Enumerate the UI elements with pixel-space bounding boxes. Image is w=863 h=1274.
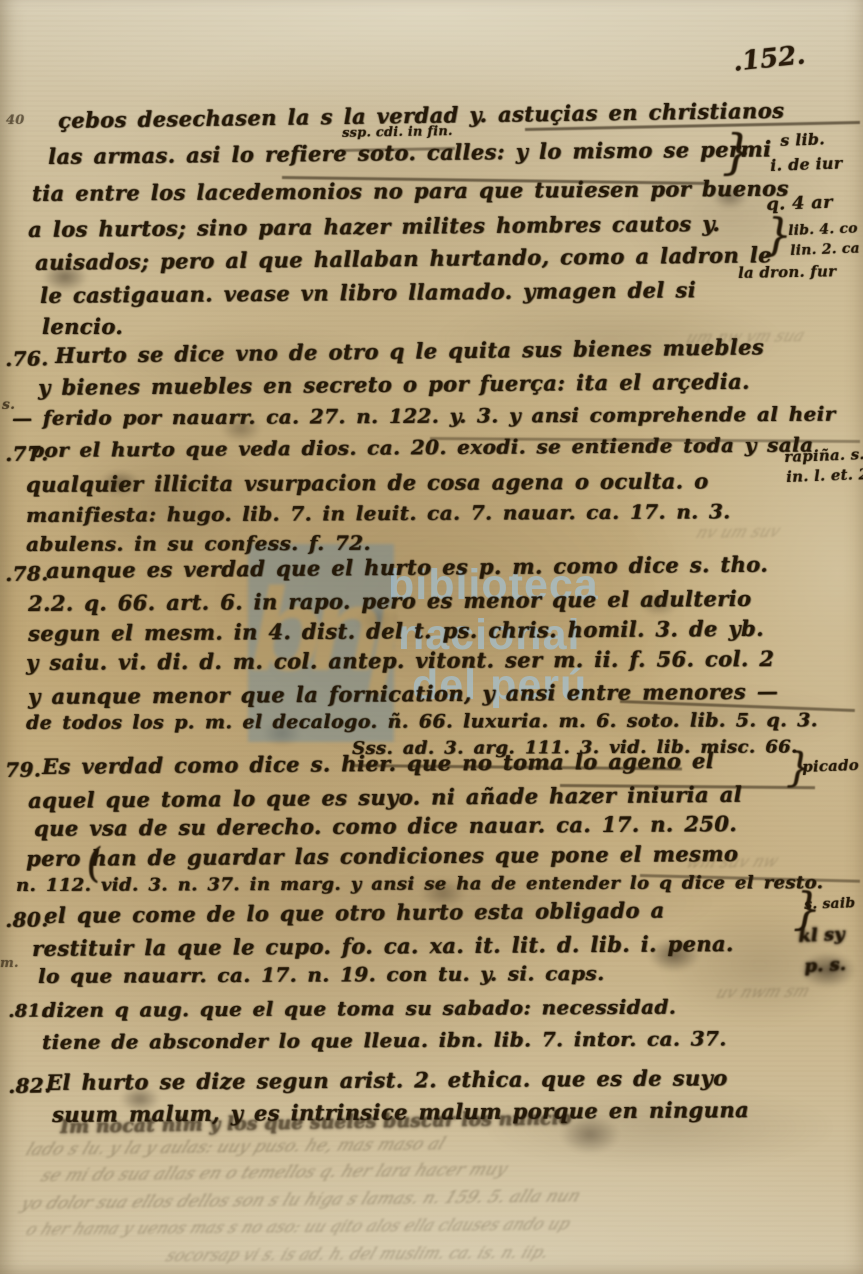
- bleedthrough-line: nv um suv: [694, 524, 783, 542]
- marginal-note: i. de iur: [770, 155, 843, 174]
- handwriting-line: abulens. in su confess. f. 72.: [26, 533, 371, 554]
- bleedthrough-line: lado s lu. y la y aulas: uuy puso. he, m…: [23, 1136, 447, 1159]
- bleedthrough-line: uv nwm sm: [714, 983, 812, 1001]
- handwriting-line: pero han de guardar las condiciones que …: [26, 843, 738, 869]
- handwriting-line: lencio.: [42, 316, 123, 337]
- handwriting-line: 2.2. q. 66. art. 6. in rapo. pero es men…: [28, 588, 752, 614]
- marginal-note: ssp. cdi. in fin.: [342, 125, 453, 140]
- margin-number: .76.: [5, 348, 49, 369]
- handwriting-line: dizen q aug. que el que toma su sabado: …: [42, 997, 676, 1020]
- marginal-note: m.: [0, 957, 19, 970]
- handwriting-line: y saiu. vi. di. d. m. col. antep. vitont…: [26, 648, 774, 673]
- handwriting-line: qualquier illicita vsurpacion de cosa ag…: [26, 470, 709, 495]
- handwriting-line: Es verdad como dice s. hier. que no toma…: [42, 750, 714, 777]
- handwriting-line: y aunque menor que la fornication, y ans…: [28, 681, 778, 707]
- handwriting-line: de todos los p. m. el decalogo. ñ. 66. l…: [26, 711, 818, 733]
- handwriting-line: tia entre los lacedemonios no para que t…: [32, 178, 789, 204]
- handwriting-line: tiene de absconder lo que lleua. ibn. li…: [42, 1028, 727, 1052]
- marginal-note: in. l. et. 2: [786, 467, 863, 485]
- handwriting-line: le castigauan. vease vn libro llamado. y…: [40, 279, 696, 306]
- handwriting-line: aquel que toma lo que es suyo. ni añade …: [28, 784, 742, 811]
- handwriting-line: restituir la que le cupo. fo. ca. xa. it…: [32, 933, 734, 959]
- marginal-note: rapiña. s.: [784, 447, 863, 465]
- handwriting-line: — ferido por nauarr. ca. 27. n. 122. y. …: [12, 404, 836, 428]
- ink-scribble: p. s.: [804, 956, 846, 976]
- handwriting-line: que vsa de su derecho. como dice nauar. …: [34, 813, 737, 839]
- bleedthrough-line: socorsap vi s. is ad. h. del muslim. ca.…: [164, 1245, 551, 1264]
- ink-scribble: kl sy: [798, 926, 845, 946]
- margin-number: .80.: [5, 909, 49, 930]
- marginal-note: s.: [2, 398, 15, 412]
- margin-number: 79.: [5, 759, 41, 780]
- marginal-note: 40: [6, 114, 25, 127]
- handwriting-line: manifiesta: hugo. lib. 7. in leuit. ca. …: [26, 501, 731, 525]
- bleedthrough-line: se mi do sua allas en o temellos q. her …: [38, 1162, 509, 1186]
- handwriting-line: el que come de lo que otro hurto esta ob…: [44, 900, 665, 926]
- bleedthrough-line: um nw vm sua: [684, 328, 807, 346]
- brace-mark: }: [722, 128, 753, 176]
- manuscript-page: bnp biblioteca nacional del perú .152. 4…: [0, 0, 863, 1274]
- handwriting-line: aunque es verdad que el hurto es p. m. c…: [46, 554, 768, 581]
- handwriting-line: segun el mesm. in 4. dist. del t. ps. ch…: [28, 618, 764, 644]
- handwriting-line: El hurto se dize segun arist. 2. ethica.…: [46, 1067, 728, 1093]
- bleedthrough-line: yo dolor sua ellos dellos son s lu higa …: [18, 1188, 582, 1213]
- marginal-note: s lib.: [780, 131, 825, 149]
- handwriting-line: y bienes muebles en secreto o por fuerça…: [38, 371, 750, 398]
- handwriting-line: a los hurtos; sino para hazer milites ho…: [28, 213, 720, 240]
- handwriting-line: n. 112. vid. 3. n. 37. in marg. y ansi s…: [16, 874, 823, 895]
- handwriting-line: por el hurto que veda dios. ca. 20. exod…: [30, 435, 814, 460]
- marginal-note: picado: [802, 758, 859, 775]
- bleedthrough-line: o her hama y uenos mas s no aso: uu qito…: [24, 1216, 573, 1238]
- marginal-note: lin. 2. ca: [790, 242, 860, 258]
- marginal-note: lib. 4. co: [788, 222, 858, 238]
- handwriting-line: lo que nauarr. ca. 17. n. 19. con tu. y.…: [38, 963, 605, 986]
- marginal-note: s. saib: [804, 896, 856, 912]
- bleedthrough-line: wm suv nw: [684, 853, 781, 871]
- marginal-note: la dron. fur: [738, 264, 836, 281]
- margin-number: .78.: [5, 563, 49, 584]
- folio-number: .152.: [732, 40, 807, 77]
